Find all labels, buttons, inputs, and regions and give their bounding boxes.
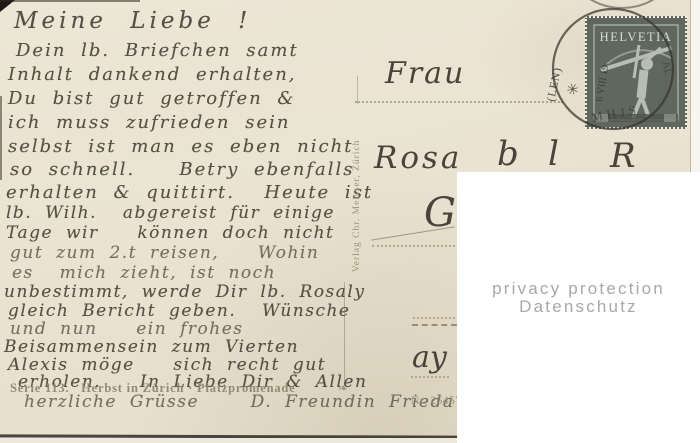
- message-line: und nun ein frohes: [10, 319, 243, 339]
- address-name-partial: Rosa: [374, 140, 462, 176]
- tell-boy-crossbow-icon: [601, 45, 671, 118]
- address-rule: [372, 245, 455, 247]
- message-line: gleich Bericht geben. Wünsche: [8, 301, 351, 321]
- postmark-town-fragment-left: (LEN): [545, 66, 564, 103]
- scan-edge-top: [0, 0, 140, 2]
- address-letter-fragment: b: [497, 134, 519, 174]
- caption-ornament-icon: ❧: [338, 381, 348, 395]
- message-line: Tage wir können doch nicht: [6, 223, 334, 243]
- message-line: gut zum 2.t reisen, Wohin: [10, 243, 319, 263]
- series-caption: Serie 113. Herbst in Zürich · Platzprome…: [10, 381, 296, 396]
- message-line: Meine Liebe !: [14, 8, 251, 34]
- message-line: lb. Wilh. abgereist für einige: [6, 203, 335, 223]
- privacy-overlay: privacy protection Datenschutz: [457, 172, 700, 443]
- address-letter-fragment: R: [610, 136, 636, 176]
- address-rule: [411, 376, 449, 378]
- message-line: Inhalt dankend erhalten,: [8, 64, 297, 85]
- address-letter-fragment: l: [548, 134, 559, 174]
- message-line: so schnell. Betry ebenfalls: [10, 159, 355, 180]
- message-line: selbst ist man es eben nicht: [8, 136, 353, 157]
- photo-right-strip: [691, 0, 700, 172]
- postage-stamp: HELVETIA: [585, 16, 687, 129]
- message-line: erhalten & quittirt. Heute ist: [6, 182, 373, 203]
- privacy-overlay-line1: privacy protection: [457, 280, 700, 298]
- postcard-photo: Meine Liebe ! Dein lb. Briefchen samt In…: [0, 0, 700, 443]
- divider-line-top: [357, 76, 358, 104]
- address-title: Frau: [385, 56, 465, 91]
- address-rule: [355, 101, 563, 103]
- postmark-star-icon: ✳: [565, 80, 582, 100]
- stamp-design: HELVETIA: [587, 18, 685, 127]
- message-line: es mich zieht, ist noch: [12, 263, 276, 283]
- address-rule-heavy: [412, 324, 457, 326]
- scan-edge-left: [0, 96, 2, 180]
- message-line: ich muss zufrieden sein: [8, 112, 291, 133]
- message-line: Dein lb. Briefchen samt: [16, 40, 299, 61]
- photo-bottom-strip: [0, 438, 457, 443]
- stamp-country-label: HELVETIA: [600, 30, 673, 44]
- message-line: unbestimmt, werde Dir lb. Rosaly: [4, 282, 365, 302]
- postmark-second-ring-arc: [560, 0, 684, 8]
- message-line: Beisammensein zum Vierten: [4, 337, 299, 357]
- address-rule: [413, 317, 455, 319]
- address-script-fragment: ay: [412, 340, 447, 375]
- divider-line: [344, 282, 345, 382]
- privacy-overlay-line2: Datenschutz: [457, 298, 700, 316]
- message-line: Du bist gut getroffen &: [8, 88, 295, 109]
